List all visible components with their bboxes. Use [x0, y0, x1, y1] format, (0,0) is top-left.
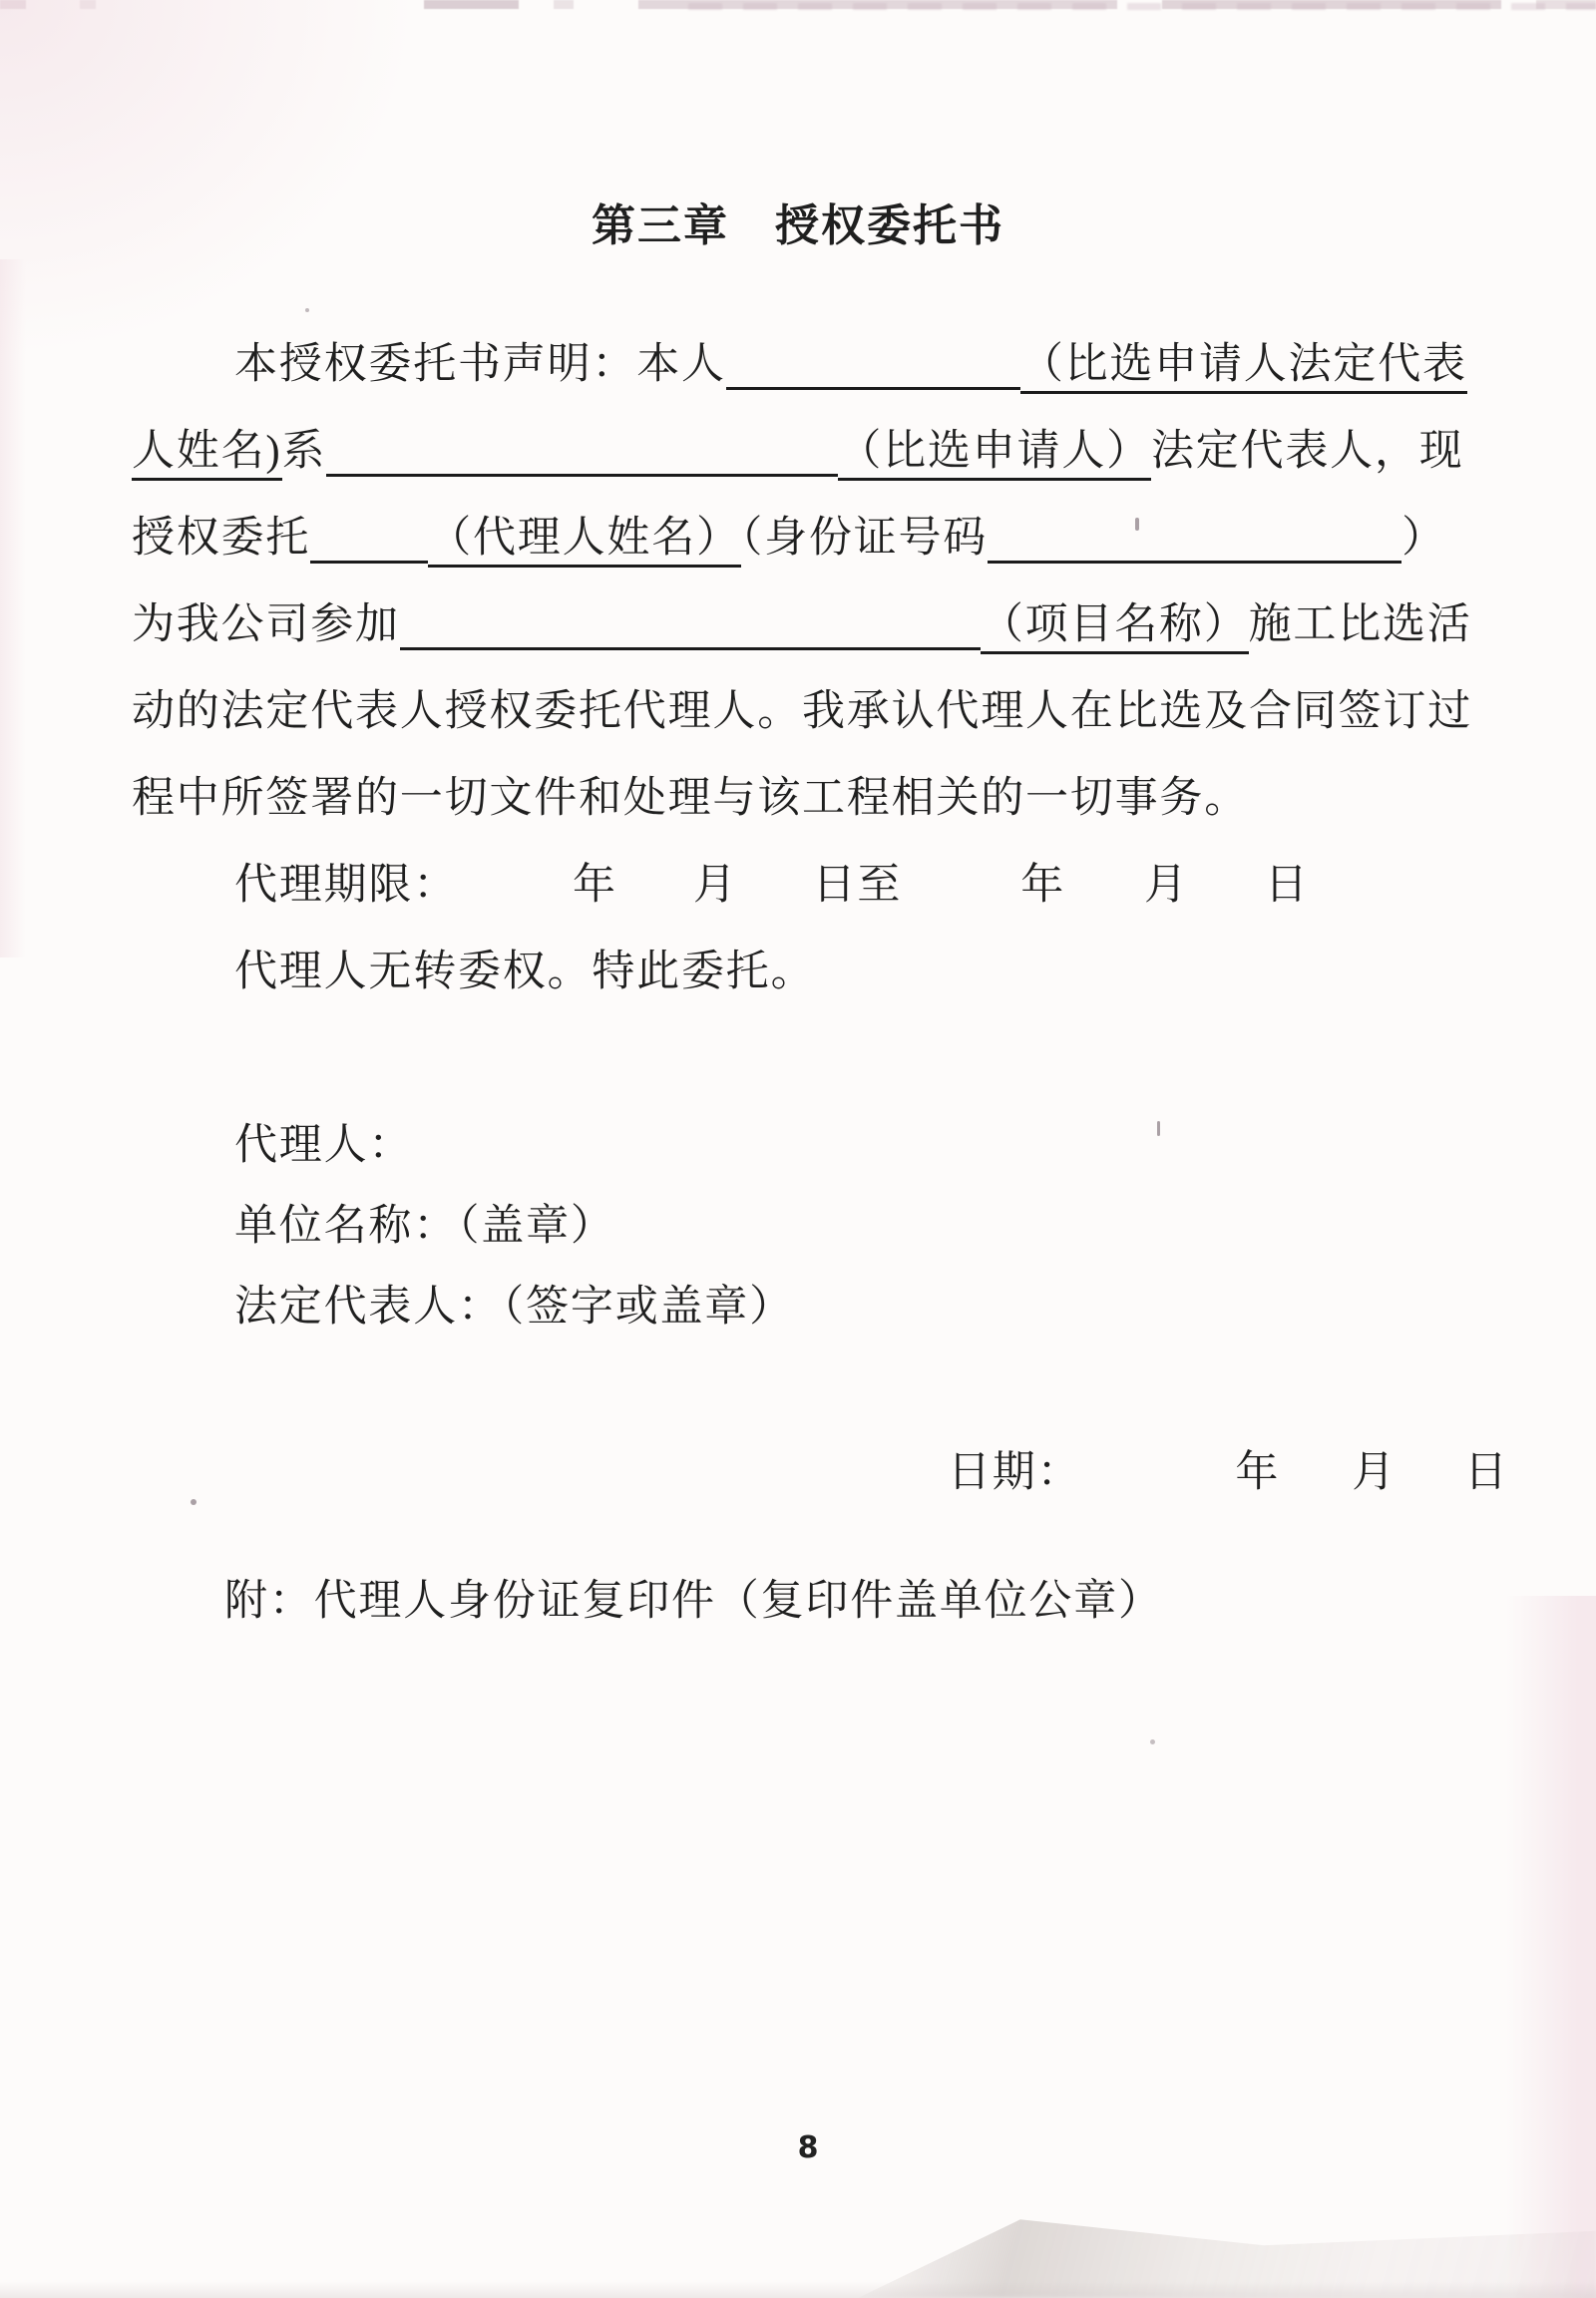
- text-run: （身份证号码: [741, 515, 988, 562]
- form-blank: [988, 546, 1401, 564]
- form-blank: [726, 372, 1020, 390]
- text-run: 年: [1235, 1449, 1280, 1496]
- text-run: （比选申请人法定代表: [1020, 341, 1467, 394]
- declaration-line-1: 本授权委托书声明：本人（比选申请人法定代表: [132, 321, 1488, 408]
- text-run: 代理人无转委权。特此委托。: [234, 949, 815, 995]
- text-run: ）: [1401, 515, 1446, 562]
- signature-block: 代理人：单位名称：（盖章）法定代表人：（签字或盖章）: [234, 1105, 794, 1347]
- attachment-block: 附：代理人身份证复印件（复印件盖单位公章）: [132, 1572, 1163, 1632]
- scan-top-edge-artifact: [688, 3, 1596, 10]
- text-run: 附：代理人身份证复印件（复印件盖单位公章）: [224, 1578, 1163, 1625]
- agency-term-line: 代理期限：年月日至年月日: [132, 842, 1488, 929]
- no-subdelegation-line: 代理人无转委权。特此委托。: [132, 929, 1488, 1015]
- text-run: （代理人姓名）: [428, 515, 741, 568]
- declaration-line-3: 授权委托（代理人姓名）（身份证号码）: [132, 495, 1488, 581]
- text-run: 本授权委托书声明：本人: [234, 341, 726, 388]
- unit-name-line: 单位名称：（盖章）: [234, 1186, 794, 1267]
- scan-speckle: [1150, 1739, 1155, 1744]
- scan-speckle: [1157, 1121, 1160, 1136]
- text-run: 月: [1352, 1449, 1396, 1496]
- text-run: 系: [282, 428, 327, 475]
- form-blank: [400, 632, 981, 650]
- text-run: 代理期限：: [234, 862, 458, 909]
- scan-edge-tint: [0, 259, 26, 957]
- page-number: 8: [768, 2130, 848, 2165]
- declaration-paragraph: 本授权委托书声明：本人（比选申请人法定代表人姓名)系（比选申请人）法定代表人，现…: [132, 321, 1488, 1015]
- legal-rep-line: 法定代表人：（签字或盖章）: [234, 1267, 794, 1347]
- scan-speckle: [305, 308, 309, 312]
- text-run: 代理人：: [234, 1122, 413, 1169]
- text-run: 日期：: [948, 1449, 1081, 1496]
- text-run: 年: [573, 862, 617, 909]
- scanned-document-page: 第三章 授权委托书 本授权委托书声明：本人（比选申请人法定代表人姓名)系（比选申…: [0, 0, 1596, 2298]
- declaration-line-2: 人姓名)系（比选申请人）法定代表人，现: [132, 408, 1488, 495]
- scan-corner-tint: [0, 0, 419, 359]
- date-block: 日期：年月日: [132, 1443, 1509, 1503]
- text-run: 法定代表人，现: [1151, 428, 1464, 475]
- scan-bottom-shade: [0, 2282, 1596, 2298]
- text-run: 日至: [813, 862, 903, 909]
- declaration-line-5: 动的法定代表人授权委托代理人。我承认代理人在比选及合同签订过: [132, 668, 1488, 755]
- chapter-title: 第三章 授权委托书: [0, 190, 1596, 253]
- text-run: 授权委托: [132, 515, 310, 562]
- text-run: 月: [693, 862, 738, 909]
- attachment-line: 附：代理人身份证复印件（复印件盖单位公章）: [132, 1572, 1163, 1632]
- text-run: 动的法定代表人授权委托代理人。我承认代理人在比选及合同签订过: [132, 688, 1472, 735]
- declaration-line-4: 为我公司参加（项目名称）施工比选活: [132, 581, 1488, 668]
- date-line: 日期：年月日: [132, 1443, 1509, 1503]
- scan-edge-tint: [1506, 1596, 1596, 2298]
- text-run: 法定代表人：（签字或盖章）: [234, 1284, 794, 1331]
- declaration-line-6: 程中所签署的一切文件和处理与该工程相关的一切事务。: [132, 755, 1488, 842]
- form-blank: [310, 546, 428, 564]
- text-run: 施工比选活: [1249, 601, 1472, 648]
- text-run: 日: [1265, 862, 1310, 909]
- text-run: （比选申请人）: [838, 428, 1151, 481]
- form-blank: [326, 459, 838, 477]
- text-run: 日: [1464, 1449, 1509, 1496]
- text-run: （项目名称）: [981, 601, 1249, 654]
- text-run: 人姓名): [132, 428, 282, 481]
- text-run: 为我公司参加: [132, 601, 400, 648]
- text-run: 程中所签署的一切文件和处理与该工程相关的一切事务。: [132, 775, 1249, 822]
- agent-line: 代理人：: [234, 1105, 794, 1186]
- text-run: 单位名称：（盖章）: [234, 1203, 615, 1250]
- text-run: 年: [1020, 862, 1065, 909]
- text-run: 月: [1144, 862, 1189, 909]
